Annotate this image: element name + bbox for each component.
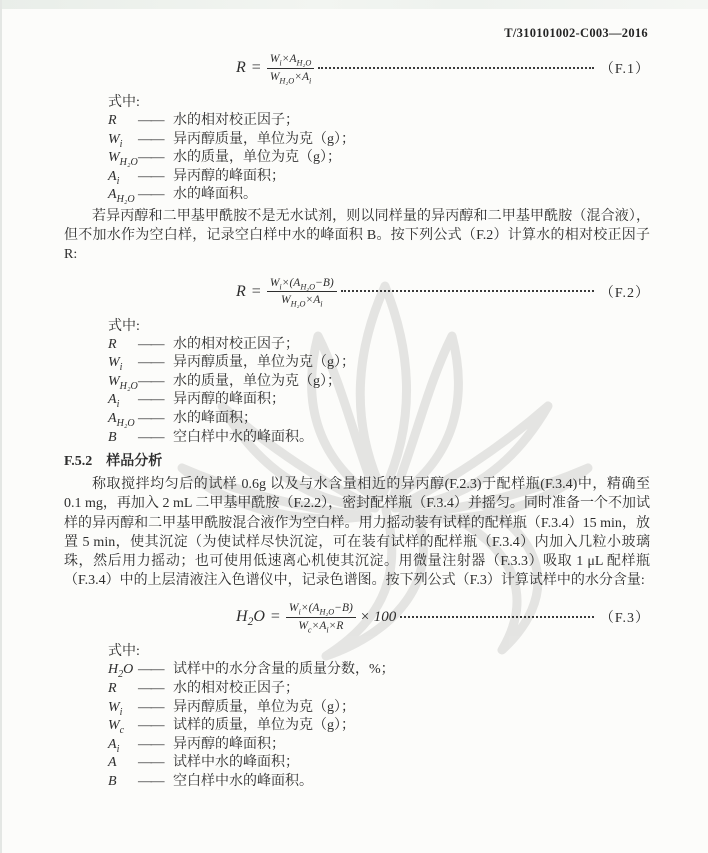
fraction-f2: Wi×(AH₂O−B) WH₂O×Ai: [267, 276, 337, 308]
formula-number: （F.3）: [600, 607, 650, 627]
dotted-leader: [318, 66, 594, 69]
definition-row: AH₂O —— 水的峰面积；: [108, 410, 650, 429]
definition-text: 水的相对校正因子；: [173, 336, 650, 355]
definition-symbol: Ai: [108, 391, 138, 410]
where-label: 式中:: [108, 317, 650, 336]
definitions-list-3: H2O —— 试样中的水分含量的质量分数，%； R —— 水的相对校正因子； W…: [108, 661, 650, 791]
equation-f1: R = Wi×AH₂O WH₂O×Ai: [236, 52, 314, 84]
definition-symbol: WH₂O: [108, 149, 138, 168]
definition-text: 异丙醇的峰面积；: [173, 391, 650, 410]
definition-dash: ——: [138, 354, 163, 373]
definition-text: 试样的质量，单位为克（g）；: [173, 717, 650, 736]
definitions-list-2: R —— 水的相对校正因子； Wi —— 异丙醇质量，单位为克（g）； WH₂O…: [108, 336, 650, 448]
definition-row: Wc —— 试样的质量，单位为克（g）；: [108, 717, 650, 736]
definition-text: 异丙醇质量，单位为克（g）；: [173, 354, 650, 373]
definition-row: WH₂O —— 水的质量，单位为克（g）；: [108, 149, 650, 168]
definition-text: 空白样中水的峰面积。: [173, 773, 650, 792]
equals-sign: =: [252, 283, 261, 301]
formula-f1: R = Wi×AH₂O WH₂O×Ai （F.1）: [64, 48, 650, 88]
fraction-f3: Wi×(AH₂O−B) Wc×Ai×R: [286, 601, 356, 633]
definition-symbol: Wc: [108, 717, 138, 736]
dotted-leader: [400, 615, 594, 618]
definition-text: 水的峰面积。: [173, 186, 650, 205]
definition-row: A —— 试样中水的峰面积；: [108, 754, 650, 773]
definition-symbol: Ai: [108, 736, 138, 755]
definition-row: Wi —— 异丙醇质量，单位为克（g）；: [108, 699, 650, 718]
scan-edge-left: [0, 0, 2, 853]
definition-text: 试样中的水分含量的质量分数，%；: [173, 661, 650, 680]
definition-text: 异丙醇的峰面积；: [173, 168, 650, 187]
definition-symbol: B: [108, 773, 138, 792]
doc-number: T/310101002-C003—2016: [64, 26, 650, 41]
definition-dash: ——: [138, 336, 163, 355]
definition-symbol: AH₂O: [108, 410, 138, 429]
definition-row: R —— 水的相对校正因子；: [108, 112, 650, 131]
formula-f2: R = Wi×(AH₂O−B) WH₂O×Ai （F.2）: [64, 272, 650, 312]
formula-f3: H2O = Wi×(AH₂O−B) Wc×Ai×R × 100 （F.3）: [64, 597, 650, 637]
formula-number: （F.1）: [600, 58, 650, 78]
definition-row: Ai —— 异丙醇的峰面积；: [108, 168, 650, 187]
definition-row: Wi —— 异丙醇质量，单位为克（g）；: [108, 354, 650, 373]
times-100: × 100: [360, 609, 396, 626]
fraction-f1: Wi×AH₂O WH₂O×Ai: [267, 52, 315, 84]
definition-text: 水的质量，单位为克（g）；: [173, 149, 650, 168]
definition-text: 异丙醇质量，单位为克（g）；: [173, 131, 650, 150]
document-page: T/310101002-C003—2016 R = Wi×AH₂O WH₂O×A…: [0, 0, 708, 853]
definition-dash: ——: [138, 661, 163, 680]
definition-dash: ——: [138, 131, 163, 150]
definition-row: H2O —— 试样中的水分含量的质量分数，%；: [108, 661, 650, 680]
definition-row: WH₂O —— 水的质量，单位为克（g）；: [108, 373, 650, 392]
definition-dash: ——: [138, 373, 163, 392]
definition-symbol: A: [108, 754, 138, 773]
definition-row: Wi —— 异丙醇质量，单位为克（g）；: [108, 131, 650, 150]
definition-dash: ——: [138, 680, 163, 699]
definition-dash: ——: [138, 773, 163, 792]
definition-symbol: WH₂O: [108, 373, 138, 392]
definition-row: R —— 水的相对校正因子；: [108, 336, 650, 355]
definition-text: 水的相对校正因子；: [173, 112, 650, 131]
definition-text: 试样中水的峰面积；: [173, 754, 650, 773]
where-label: 式中:: [108, 642, 650, 661]
definition-text: 空白样中水的峰面积。: [173, 429, 650, 448]
definition-symbol: R: [108, 680, 138, 699]
definition-row: B —— 空白样中水的峰面积。: [108, 429, 650, 448]
formula-number: （F.2）: [600, 282, 650, 302]
denominator: Wc×Ai×R: [286, 617, 356, 633]
definition-symbol: Wi: [108, 131, 138, 150]
definition-dash: ——: [138, 112, 163, 131]
definition-text: 异丙醇质量，单位为克（g）；: [173, 699, 650, 718]
definition-dash: ——: [138, 699, 163, 718]
denominator: WH₂O×Ai: [267, 68, 315, 84]
definition-dash: ——: [138, 754, 163, 773]
paragraph-blank-sample: 若异丙醇和二甲基甲酰胺不是无水试剂，则以同样量的异丙醇和二甲基甲酰胺（混合液），…: [64, 207, 650, 265]
definition-dash: ——: [138, 717, 163, 736]
definition-row: B —— 空白样中水的峰面积。: [108, 773, 650, 792]
equation-f2: R = Wi×(AH₂O−B) WH₂O×Ai: [236, 276, 337, 308]
denominator: WH₂O×Ai: [267, 291, 337, 307]
definition-text: 水的峰面积；: [173, 410, 650, 429]
definition-row: Ai —— 异丙醇的峰面积；: [108, 736, 650, 755]
definition-dash: ——: [138, 186, 163, 205]
where-label: 式中:: [108, 93, 650, 112]
definition-symbol: Ai: [108, 168, 138, 187]
definition-text: 异丙醇的峰面积；: [173, 736, 650, 755]
definition-text: 水的质量，单位为克（g）；: [173, 373, 650, 392]
section-heading-f52: F.5.2 样品分析: [64, 452, 650, 471]
definition-symbol: B: [108, 429, 138, 448]
definition-symbol: R: [108, 336, 138, 355]
formula-f2-lhs: R: [236, 283, 246, 301]
paragraph-sample-analysis: 称取搅拌均匀后的试样 0.6g 以及与水含量相近的异丙醇(F.2.3)于配样瓶(…: [64, 475, 650, 590]
definition-row: Ai —— 异丙醇的峰面积；: [108, 391, 650, 410]
definition-dash: ——: [138, 149, 163, 168]
scan-edge-top: [0, 0, 708, 9]
page-content: T/310101002-C003—2016 R = Wi×AH₂O WH₂O×A…: [64, 26, 650, 792]
definition-dash: ——: [138, 736, 163, 755]
equation-f3: H2O = Wi×(AH₂O−B) Wc×Ai×R × 100: [236, 601, 396, 633]
definition-symbol: H2O: [108, 661, 138, 680]
definition-dash: ——: [138, 429, 163, 448]
definition-dash: ——: [138, 391, 163, 410]
definition-row: R —— 水的相对校正因子；: [108, 680, 650, 699]
dotted-leader: [341, 289, 594, 292]
definition-row: AH₂O —— 水的峰面积。: [108, 186, 650, 205]
numerator: Wi×AH₂O: [267, 52, 315, 67]
numerator: Wi×(AH₂O−B): [267, 276, 337, 291]
definition-text: 水的相对校正因子；: [173, 680, 650, 699]
definition-symbol: Wi: [108, 699, 138, 718]
formula-f3-lhs: H2O: [236, 608, 265, 626]
definitions-list-1: R —— 水的相对校正因子； Wi —— 异丙醇质量，单位为克（g）； WH₂O…: [108, 112, 650, 205]
definition-dash: ——: [138, 410, 163, 429]
definition-symbol: R: [108, 112, 138, 131]
numerator: Wi×(AH₂O−B): [286, 601, 356, 616]
equals-sign: =: [252, 59, 261, 77]
definition-dash: ——: [138, 168, 163, 187]
formula-f1-lhs: R: [236, 59, 246, 77]
equals-sign: =: [271, 608, 280, 626]
definition-symbol: AH₂O: [108, 186, 138, 205]
definition-symbol: Wi: [108, 354, 138, 373]
